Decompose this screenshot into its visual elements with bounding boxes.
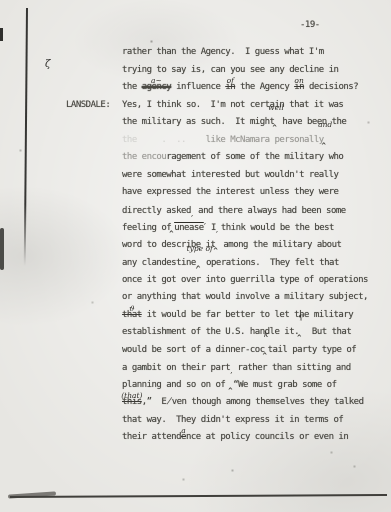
scan-speckles <box>0 0 1 1</box>
bottom-scan-line <box>10 494 387 497</box>
text-line: thatϑ it would be far better to let the … <box>122 307 387 325</box>
text-line: establishment of the U.S. handle it.^¶ B… <box>122 324 387 342</box>
text-line: feeling of^unease, I think would be the … <box>122 219 387 237</box>
text-line: were somewhat interested but wouldn't re… <box>122 167 387 185</box>
typed-text: once it got over into guerrilla type of … <box>122 275 368 285</box>
typed-text: among the military about <box>218 240 341 250</box>
handwritten-annotation: on <box>294 72 303 90</box>
typed-text: and there always had been some <box>193 206 345 216</box>
insertion-point: ^, <box>215 238 218 247</box>
typed-text: or anything that would involve a militar… <box>122 292 368 302</box>
typed-text: ,” E̸ven though among themselves they ta… <box>142 397 364 407</box>
typed-text: the Agency <box>235 82 294 92</box>
text-line: planning and so on of ^“We must grab som… <box>122 377 387 395</box>
typed-text: it would be far better to let the milita… <box>142 310 354 320</box>
text-line: Yes, I think so. I'm not certain that it… <box>122 97 387 115</box>
typed-text: decisions? <box>304 82 358 92</box>
typed-text: directly asked <box>122 206 191 216</box>
edited-word: inon <box>294 79 304 97</box>
edited-word: thatϑ <box>122 307 142 325</box>
insertion-point: ^type of <box>198 256 201 265</box>
handwritten-annotation: well <box>268 99 284 117</box>
typed-text: the military as such. It might <box>122 117 274 127</box>
text-line: a gambit on their part, rather than sitt… <box>122 359 387 377</box>
typed-text: I think would be the best <box>206 223 334 233</box>
text-line: the . .. like McNamara personally^and <box>122 132 387 150</box>
text-line: or anything that would involve a militar… <box>122 289 387 307</box>
handwritten-annotation: and <box>318 116 332 134</box>
handwritten-annotation: a~ <box>151 72 162 90</box>
margin-squiggle-mark: ζ <box>45 59 50 70</box>
typed-text: their attend <box>122 432 181 442</box>
text-line: their attendeance at policy councils or … <box>122 429 387 447</box>
typed-text: nce at policy councils or even in <box>186 432 348 442</box>
typed-text: Yes, I think so. I'm not certain that it… <box>122 100 343 110</box>
text-line: the military as such. It might^well have… <box>122 114 387 132</box>
typed-text: rather than the Agency. I guess what I'm <box>122 47 324 57</box>
handwritten-raised-mark: , <box>204 217 206 226</box>
typed-text: But that <box>302 327 351 337</box>
text-line: have expressed the interest unless they … <box>122 184 387 202</box>
text-line: rather than the Agency. I guess what I'm <box>122 44 387 62</box>
dim-typed-text: the encou <box>122 152 166 162</box>
text-line: the encouragement of some of the militar… <box>122 149 387 167</box>
edited-word: this(that) <box>122 394 142 412</box>
scan-edge-mark <box>0 28 3 41</box>
text-line: once it got over into guerrilla type of … <box>122 272 387 290</box>
overlined-typed-text: unease <box>174 223 204 233</box>
scanned-document-page: ζ -19- LANSDALE: rather than the Agency.… <box>0 0 391 512</box>
text-line: the agencya~ influence inof the Agency i… <box>122 79 387 97</box>
page-number: -19- <box>300 20 320 30</box>
text-line: this(that),” E̸ven though among themselv… <box>122 394 387 412</box>
handwritten-annotation: a <box>181 422 185 440</box>
typed-text: operations. They felt that <box>201 258 339 268</box>
text-line: word to describe it^, among the military… <box>122 237 387 255</box>
typed-text: feeling of <box>122 223 171 233</box>
handwritten-annotation: of <box>227 72 234 90</box>
typed-text: would be sort of a dinner-coc <box>122 345 265 355</box>
speaker-label: LANSDALE: <box>66 97 110 115</box>
typed-text: establishment of the U.S. handle it. <box>122 327 299 337</box>
text-line: any clandestine,^type of operations. The… <box>122 254 387 272</box>
insertion-point: ^ <box>230 378 233 387</box>
insertion-point: ^well <box>274 115 277 124</box>
scan-edge-blob <box>0 228 4 270</box>
typed-text: have been the <box>277 117 346 127</box>
insertion-point: ^ <box>171 221 174 230</box>
edited-word: agencya~ <box>142 79 172 97</box>
handwritten-annotation: ¶ <box>298 309 303 327</box>
insertion-point: ^and <box>324 133 327 142</box>
insertion-point: ^¶ <box>299 325 302 334</box>
insertion-point: ^k <box>265 343 268 352</box>
handwritten-annotation: ϑ <box>129 300 134 318</box>
typed-text: were somewhat interested but wouldn't re… <box>122 170 338 180</box>
typed-text: the <box>122 82 142 92</box>
text-line: directly asked, and there always had bee… <box>122 202 387 220</box>
typed-text: a gambit on their part <box>122 363 230 373</box>
text-line: that way. They didn't express it in term… <box>122 412 387 430</box>
handwritten-annotation: type of <box>187 240 213 258</box>
typed-text: have expressed the interest unless they … <box>122 187 338 197</box>
handwritten-inserted-comma: , <box>191 209 193 218</box>
typed-text: ragement of some of the military who <box>166 152 343 162</box>
transcript-text-block: rather than the Agency. I guess what I'm… <box>122 44 387 447</box>
typed-text: any clandestine <box>122 258 196 268</box>
text-line: would be sort of a dinner-coc^ktail part… <box>122 342 387 360</box>
typed-text: that way. They didn't express it in term… <box>122 415 343 425</box>
typed-text: rather than sitting and <box>233 363 351 373</box>
edited-word: inof <box>225 79 235 97</box>
handwritten-inserted-comma: , <box>230 366 232 375</box>
handwritten-annotation: (that) <box>121 387 142 405</box>
faded-typed-text: the . .. <box>122 135 206 145</box>
edited-word: ea <box>181 429 186 447</box>
handwritten-annotation: k <box>264 326 269 344</box>
typed-text: “We must grab some of <box>233 380 336 390</box>
typed-text: influence <box>171 82 225 92</box>
typed-text: tail party type of <box>268 345 357 355</box>
dim-typed-text: like McNamara personally <box>206 135 324 145</box>
margin-pen-line <box>24 8 28 266</box>
handwritten-annotation: , <box>216 221 218 239</box>
